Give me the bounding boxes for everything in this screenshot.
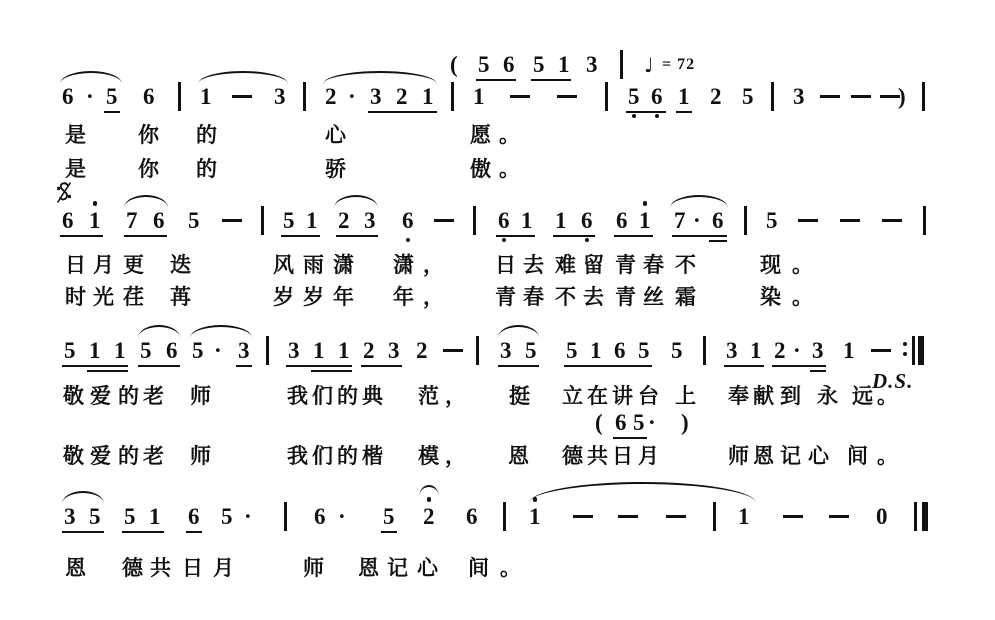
beam-underline (810, 370, 826, 372)
lyric-char: 骄 (325, 157, 346, 181)
note-digit: 5 (383, 504, 395, 530)
lyric-char: 我 (287, 444, 308, 468)
lyric-line: 是你的心愿。 (0, 123, 995, 149)
note-digit: 5 (766, 208, 778, 234)
lyric-char: 青 (495, 285, 516, 309)
note-digit: 2 (774, 338, 786, 364)
lyric-char: 恩 (508, 444, 529, 468)
note-digit: 6 (466, 504, 478, 530)
lyric-char: 典 (362, 384, 383, 408)
note-digit: 1 (590, 338, 602, 364)
octave-dot-below (585, 238, 590, 243)
beam-underline (724, 365, 764, 367)
beam-underline (614, 235, 653, 237)
duration-dash (798, 219, 818, 222)
lyric-char: 春 (523, 285, 544, 309)
note-digit: 2 (416, 338, 428, 364)
note-digit: · (214, 338, 222, 364)
bar-line (178, 82, 181, 111)
lyric-char: 不 (675, 253, 696, 277)
note-digit: 3 (364, 208, 376, 234)
octave-dot-below (632, 114, 637, 119)
duration-dash (829, 515, 849, 518)
lyric-char: 难 (555, 253, 576, 277)
duration-dash (232, 95, 252, 98)
note-digit: 6 (166, 338, 178, 364)
lyric-char: 光 (93, 285, 114, 309)
note-digit: 3 (274, 84, 286, 110)
lyric-char: 间 (468, 556, 489, 580)
lyric-char: 师 (728, 444, 749, 468)
note-digit: 1 (678, 84, 690, 110)
duration-dash (666, 515, 686, 518)
duration-dash (820, 95, 840, 98)
beam-underline (709, 240, 727, 242)
note-digit: 6 (62, 84, 74, 110)
lyric-char: 更 (123, 253, 144, 277)
note-digit: 3 (388, 338, 400, 364)
lyric-char: 老 (143, 384, 164, 408)
beam-underline (124, 235, 167, 237)
duration-dash (871, 349, 891, 352)
repeat-dot (903, 352, 907, 356)
lyric-char: 的 (196, 123, 217, 147)
note-digit: 6 (581, 208, 593, 234)
beam-underline (498, 365, 539, 367)
duration-dash (840, 219, 860, 222)
lyric-char: ， (423, 253, 444, 277)
duration-dash (443, 349, 463, 352)
lyric-char: 献 (753, 384, 774, 408)
note-digit: 3 (793, 84, 805, 110)
note-digit: · (793, 338, 801, 364)
duration-dash (880, 95, 900, 98)
lyric-char: 奉 (728, 384, 749, 408)
note-digit: 5 (124, 504, 136, 530)
lyric-char: 心 (325, 123, 346, 147)
note-digit: 6 (402, 208, 414, 234)
beam-underline (368, 111, 437, 113)
note-digit: · (338, 504, 346, 530)
note-digit: 6 (712, 208, 724, 234)
note-digit: 1 (313, 338, 325, 364)
note-digit: · (348, 84, 356, 110)
thin-bar (912, 336, 915, 365)
lyric-char: 。 (500, 556, 521, 580)
lyric-char: 楷 (362, 444, 383, 468)
note-digit: 3 (64, 504, 76, 530)
final-barline (914, 502, 936, 531)
note-digit: 1 (89, 338, 101, 364)
note-digit: 5 (140, 338, 152, 364)
note-digit: 1 (306, 208, 318, 234)
bar-line (261, 206, 264, 235)
note-digit: 5 (742, 84, 754, 110)
note-digit: 2 (710, 84, 722, 110)
note-digit: 7 (126, 208, 138, 234)
lyric-char: 恩 (358, 556, 379, 580)
note-digit: 3 (238, 338, 250, 364)
beam-underline (122, 531, 164, 533)
lyric-char: 苒 (170, 285, 191, 309)
lyric-line: 日月更迭风雨潇潇，日去难留青春不现。 (0, 253, 995, 279)
duration-dash (573, 515, 593, 518)
lyric-char: 留 (583, 253, 604, 277)
duration-dash (783, 515, 803, 518)
lyric-char: 师 (303, 556, 324, 580)
bar-line (473, 206, 476, 235)
lyric-char: 们 (312, 384, 333, 408)
bar-line (713, 502, 716, 531)
duration-dash (851, 95, 871, 98)
lyric-char: 你 (138, 157, 159, 181)
note-digit: 6 (498, 208, 510, 234)
note-digit: 1 (200, 84, 212, 110)
beam-underline (361, 365, 402, 367)
lyric-char: 青 (615, 285, 636, 309)
bar-line (605, 82, 608, 111)
lyric-char: 。 (499, 157, 520, 181)
note-digit: 5 (192, 338, 204, 364)
note-digit: 3 (370, 84, 382, 110)
lyric-char: 潇 (333, 253, 354, 277)
lyric-char: 挺 (509, 384, 530, 408)
thick-bar (918, 336, 924, 365)
lyric-char: 记 (387, 556, 408, 580)
beam-underline (236, 365, 252, 367)
parenthesis: ( (595, 410, 603, 436)
lyric-char: 。 (792, 285, 813, 309)
slur-arc (334, 195, 378, 208)
note-digit: · (693, 208, 701, 234)
bar-line (503, 502, 506, 531)
beam-underline (564, 365, 652, 367)
slur-arc (62, 491, 104, 504)
quarter-note-icon: ♩ (644, 53, 653, 77)
bar-line (303, 82, 306, 111)
note-digit: 1 (422, 84, 434, 110)
lyric-char: 时 (65, 285, 86, 309)
lyric-char: 德 (562, 444, 583, 468)
repeat-end-barline (903, 336, 925, 365)
octave-dot-below (502, 238, 507, 243)
lyric-char: 。 (792, 253, 813, 277)
beam-underline (676, 111, 692, 113)
lyric-char: 心 (417, 556, 438, 580)
octave-dot-above (93, 201, 98, 206)
lyric-char: 霜 (675, 285, 696, 309)
lyric-char: 共 (587, 444, 608, 468)
note-digit: 7 (674, 208, 686, 234)
beam-underline (281, 235, 320, 237)
lyric-line: 是你的骄傲。 (0, 157, 995, 183)
lyric-char: 日 (182, 556, 203, 580)
lyric-char: 到 (780, 384, 801, 408)
lyric-char: 潇 (393, 253, 414, 277)
note-digit: 5 (671, 338, 683, 364)
beam-underline (381, 531, 397, 533)
lyric-char: 间 (847, 444, 868, 468)
parenthesis: ) (898, 84, 906, 110)
lyric-char: 青 (615, 253, 636, 277)
lyric-char: 们 (312, 444, 333, 468)
note-digit: 1 (750, 338, 762, 364)
music-line: 6·56132·3211561253) (0, 84, 995, 114)
lyric-char: 去 (583, 285, 604, 309)
beam-underline (672, 235, 727, 237)
bar-line (771, 82, 774, 111)
note-digit: 1 (114, 338, 126, 364)
lyric-char: 远 (852, 384, 873, 408)
lyric-char: 恩 (753, 444, 774, 468)
beam-underline (62, 365, 128, 367)
lyric-char: 敬 (63, 384, 84, 408)
parenthesis: ( (450, 52, 458, 78)
music-line: 511565·33112323551655312·31 (0, 338, 995, 368)
lyric-char: 荏 (123, 285, 144, 309)
slur-arc (138, 325, 180, 338)
note-digit: 1 (843, 338, 855, 364)
lyric-char: 岁 (303, 285, 324, 309)
octave-dot-above (643, 201, 648, 206)
note-digit: 5 (633, 410, 645, 436)
note-digit: 1 (738, 504, 750, 530)
lyric-line: 敬爱的老师我们的典范，挺立在讲台上奉献到永远。 (0, 384, 995, 410)
beam-underline (476, 79, 516, 81)
tempo-value: = 72 (662, 56, 695, 74)
note-digit: · (648, 410, 656, 436)
beam-underline (613, 437, 647, 439)
music-line: (65·) (0, 410, 995, 440)
beam-underline (772, 365, 826, 367)
segno-icon (56, 181, 72, 209)
note-digit: 6 (503, 52, 515, 78)
slur-arc (670, 195, 728, 208)
note-digit: 1 (555, 208, 567, 234)
lyric-char: 的 (337, 444, 358, 468)
note-digit: 2 (325, 84, 337, 110)
lyric-char: 范 (418, 384, 439, 408)
beam-underline (531, 79, 571, 81)
beam-underline (311, 370, 352, 372)
note-digit: 6 (314, 504, 326, 530)
fermata-icon (419, 485, 439, 497)
note-digit: 1 (338, 338, 350, 364)
note-digit: 3 (812, 338, 824, 364)
duration-dash (510, 95, 530, 98)
lyric-line: 恩德共日月师恩记心间。 (0, 556, 995, 582)
lyric-char: 的 (118, 384, 139, 408)
lyric-line: 敬爱的老师我们的楷模，恩德共日月师恩记心间。 (0, 444, 995, 470)
octave-dot-above (427, 497, 432, 502)
note-digit: 6 (62, 208, 74, 234)
lyric-char: 模 (418, 444, 439, 468)
music-line: 355165·6·526110 (0, 504, 995, 534)
note-digit: 3 (726, 338, 738, 364)
note-digit: 3 (500, 338, 512, 364)
lyric-char: 上 (675, 384, 696, 408)
lyric-char: 傲 (470, 157, 491, 181)
bar-line (284, 502, 287, 531)
note-digit: 6 (651, 84, 663, 110)
note-digit: 1 (89, 208, 101, 234)
beam-underline (186, 531, 202, 533)
note-digit: 6 (616, 208, 628, 234)
music-line: 61765512366116617·65 (0, 208, 995, 238)
lyric-char: 师 (190, 444, 211, 468)
lyric-char: 是 (65, 123, 86, 147)
note-digit: 1 (149, 504, 161, 530)
lyric-char: 日 (495, 253, 516, 277)
lyric-char: 迭 (170, 253, 191, 277)
thick-bar (922, 502, 928, 531)
lyric-char: 爱 (90, 384, 111, 408)
bar-line (703, 336, 706, 365)
note-digit: 5 (188, 208, 200, 234)
slur-arc (124, 195, 168, 208)
note-digit: 5 (628, 84, 640, 110)
lyric-char: 永 (817, 384, 838, 408)
lyric-char: ， (445, 384, 466, 408)
lyric-char: 雨 (303, 253, 324, 277)
duration-dash (618, 515, 638, 518)
bar-line (476, 336, 479, 365)
lyric-char: 爱 (90, 444, 111, 468)
octave-dot-below (655, 114, 660, 119)
beam-underline (62, 531, 104, 533)
parenthesis: ) (681, 410, 689, 436)
note-digit: 3 (586, 52, 598, 78)
lyric-char: 恩 (65, 556, 86, 580)
note-digit: 3 (288, 338, 300, 364)
lyric-char: 日 (612, 444, 633, 468)
lyric-char: 你 (138, 123, 159, 147)
lyric-char: 是 (65, 157, 86, 181)
beam-underline (626, 111, 666, 113)
jianpu-sheet-music-page: D.S. (56513♩= 726·56132·3211561253)61765… (0, 0, 995, 620)
bar-line (451, 82, 454, 111)
note-digit: 6 (188, 504, 200, 530)
note-digit: 6 (615, 410, 627, 436)
lyric-char: 染 (760, 285, 781, 309)
note-digit: 6 (614, 338, 626, 364)
lyric-char: 岁 (273, 285, 294, 309)
beam-underline (553, 235, 595, 237)
note-digit: 5 (89, 504, 101, 530)
note-digit: 1 (521, 208, 533, 234)
lyric-char: 月 (213, 556, 234, 580)
beam-underline (60, 235, 103, 237)
lyric-char: 心 (808, 444, 829, 468)
duration-dash (882, 219, 902, 222)
thin-bar (914, 502, 917, 531)
lyric-char: 年 (333, 285, 354, 309)
lyric-char: 丝 (643, 285, 664, 309)
beam-underline (87, 370, 128, 372)
bar-line (922, 82, 925, 111)
lyric-char: 讲 (612, 384, 633, 408)
note-digit: 2 (363, 338, 375, 364)
note-digit: · (244, 504, 252, 530)
note-digit: 5 (221, 504, 233, 530)
beam-underline (104, 111, 120, 113)
lyric-char: 年 (393, 285, 414, 309)
tie-arc (529, 482, 756, 503)
note-digit: 6 (143, 84, 155, 110)
lyric-char: 。 (499, 123, 520, 147)
lyric-char: 。 (877, 444, 898, 468)
note-digit: 5 (478, 52, 490, 78)
lyric-char: 去 (523, 253, 544, 277)
note-digit: 1 (558, 52, 570, 78)
lyric-char: 我 (287, 384, 308, 408)
slur-arc (498, 325, 539, 338)
lyric-char: ， (423, 285, 444, 309)
note-digit: 5 (525, 338, 537, 364)
note-digit: 6 (153, 208, 165, 234)
lyric-line: 时光荏苒岁岁年年，青春不去青丝霜染。 (0, 285, 995, 311)
octave-dot-above (533, 497, 538, 502)
lyric-char: 在 (587, 384, 608, 408)
lyric-char: 现 (760, 253, 781, 277)
slur-arc (190, 325, 252, 338)
bar-line (923, 206, 926, 235)
lyric-char: 老 (143, 444, 164, 468)
lyric-char: 德 (122, 556, 143, 580)
note-digit: 5 (106, 84, 118, 110)
note-digit: 5 (64, 338, 76, 364)
lyric-char: 。 (877, 384, 898, 408)
octave-dot-below (406, 238, 411, 243)
lyric-char: 记 (780, 444, 801, 468)
duration-dash (222, 219, 242, 222)
note-digit: 5 (566, 338, 578, 364)
lyric-char: 春 (643, 253, 664, 277)
beam-underline (336, 235, 378, 237)
lyric-char: 师 (190, 384, 211, 408)
note-digit: 1 (473, 84, 485, 110)
duration-dash (434, 219, 454, 222)
lyric-char: 月 (638, 444, 659, 468)
beam-underline (138, 365, 180, 367)
lyric-char: 台 (638, 384, 659, 408)
repeat-dot (903, 342, 907, 346)
note-digit: 2 (396, 84, 408, 110)
lyric-char: 不 (555, 285, 576, 309)
note-digit: 0 (876, 504, 888, 530)
note-digit: · (86, 84, 94, 110)
lyric-char: 的 (196, 157, 217, 181)
music-line: (56513♩= 72 (0, 52, 995, 82)
bar-line (744, 206, 747, 235)
bar-line (620, 50, 623, 79)
lyric-char: ， (445, 444, 466, 468)
note-digit: 2 (338, 208, 350, 234)
lyric-char: 共 (150, 556, 171, 580)
lyric-char: 的 (337, 384, 358, 408)
note-digit: 5 (638, 338, 650, 364)
lyric-char: 立 (562, 384, 583, 408)
note-digit: 1 (529, 504, 541, 530)
lyric-char: 的 (118, 444, 139, 468)
note-digit: 1 (639, 208, 651, 234)
beam-underline (496, 235, 535, 237)
note-digit: 5 (533, 52, 545, 78)
lyric-char: 日 (65, 253, 86, 277)
bar-line (266, 336, 269, 365)
lyric-char: 愿 (470, 123, 491, 147)
lyric-char: 月 (93, 253, 114, 277)
